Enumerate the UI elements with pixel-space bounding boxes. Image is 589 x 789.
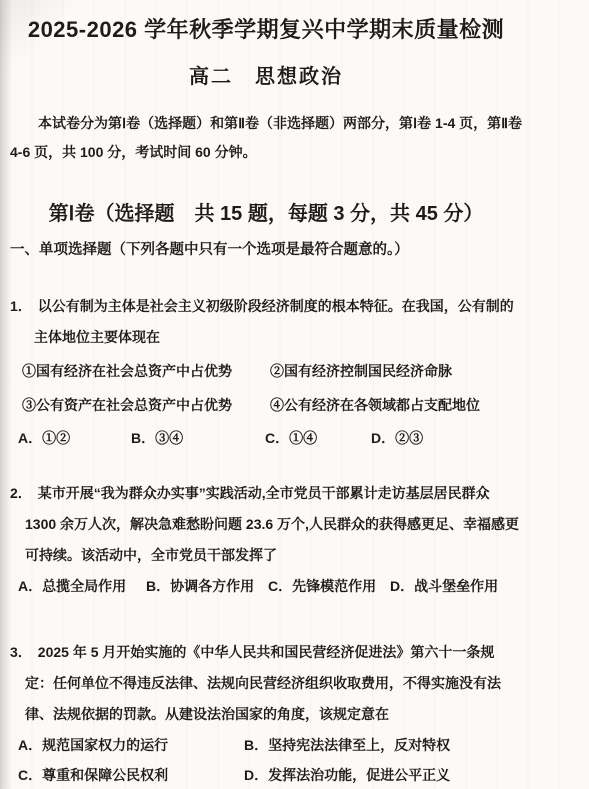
exam-paper-page: 2025-2026 学年秋季学期复兴中学期末质量检测 高二 思想政治 本试卷分为…	[0, 0, 589, 789]
question-2-options: A．总揽全局作用 B．协调各方作用 C．先锋模范作用 D．战斗堡垒作用	[10, 571, 577, 602]
page-subtitle: 高二 思想政治	[10, 60, 522, 89]
question-1-statements: ①国有经济在社会总资产中占优势 ②国有经济控制国民经济命脉 ③公有资产在社会总资…	[10, 354, 577, 422]
part-1-label: 一、单项选择题（下列各题中只有一个选项是最符合题意的。）	[10, 238, 577, 259]
question-1-statement-1: ①国有经济在社会总资产中占优势	[22, 354, 270, 388]
question-2-option-d: D．战斗堡垒作用	[390, 571, 498, 602]
question-2-option-b: B．协调各方作用	[146, 571, 268, 602]
question-1-options: A．①② B．③④ C．①④ D．②③	[10, 423, 577, 454]
question-1: 1．以公有制为主体是社会主义初级阶段经济制度的根本特征。在我国，公有制的主体地位…	[10, 291, 577, 454]
question-2-option-c: C．先锋模范作用	[268, 571, 390, 602]
question-1-number: 1．	[10, 298, 38, 314]
question-1-statement-2: ②国有经济控制国民经济命脉	[270, 354, 577, 388]
exam-intro: 本试卷分为第Ⅰ卷（选择题）和第Ⅱ卷（非选择题）两部分，第Ⅰ卷 1-4 页，第Ⅱ卷…	[10, 109, 577, 167]
question-1-stem-text: 以公有制为主体是社会主义初级阶段经济制度的根本特征。在我国，公有制的主体地位主要…	[34, 298, 514, 345]
question-1-option-c: C．①④	[265, 423, 371, 454]
question-1-stem: 1．以公有制为主体是社会主义初级阶段经济制度的根本特征。在我国，公有制的主体地位…	[10, 291, 577, 353]
page-content: 2025-2026 学年秋季学期复兴中学期末质量检测 高二 思想政治 本试卷分为…	[0, 0, 589, 789]
question-3-option-d: D．发挥法治功能，促进公平正义	[244, 760, 577, 789]
section-1-heading: 第Ⅰ卷（选择题 共 15 题，每题 3 分，共 45 分）	[10, 197, 522, 226]
question-2: 2．某市开展“我为群众办实事”实践活动,全市党员干部累计走访基层居民群众 130…	[10, 478, 577, 602]
question-1-option-a: A．①②	[18, 423, 131, 454]
question-3-option-b: B．坚持宪法法律至上，反对特权	[244, 730, 577, 760]
question-1-statement-3: ③公有资产在社会总资产中占优势	[22, 388, 270, 422]
question-3-stem: 3．2025 年 5 月开始实施的《中华人民共和国民营经济促进法》第六十一条规定…	[10, 637, 577, 730]
question-3-number: 3．	[10, 644, 38, 660]
question-3: 3．2025 年 5 月开始实施的《中华人民共和国民营经济促进法》第六十一条规定…	[10, 637, 577, 789]
question-3-options: A．规范国家权力的运行 B．坚持宪法法律至上，反对特权 C．尊重和保障公民权利 …	[10, 730, 577, 789]
question-2-option-a: A．总揽全局作用	[18, 571, 146, 602]
question-2-stem: 2．某市开展“我为群众办实事”实践活动,全市党员干部累计走访基层居民群众 130…	[10, 478, 577, 571]
question-2-number: 2．	[10, 485, 38, 501]
question-2-stem-text: 某市开展“我为群众办实事”实践活动,全市党员干部累计走访基层居民群众 1300 …	[25, 485, 519, 563]
question-1-option-d: D．②③	[371, 423, 423, 454]
page-title: 2025-2026 学年秋季学期复兴中学期末质量检测	[10, 13, 522, 44]
question-3-option-c: C．尊重和保障公民权利	[18, 760, 244, 789]
question-3-option-a: A．规范国家权力的运行	[18, 730, 244, 760]
question-1-option-b: B．③④	[131, 423, 265, 454]
question-3-stem-text: 2025 年 5 月开始实施的《中华人民共和国民营经济促进法》第六十一条规定：任…	[25, 644, 501, 722]
question-1-statement-4: ④公有经济在各领域都占支配地位	[270, 388, 577, 422]
